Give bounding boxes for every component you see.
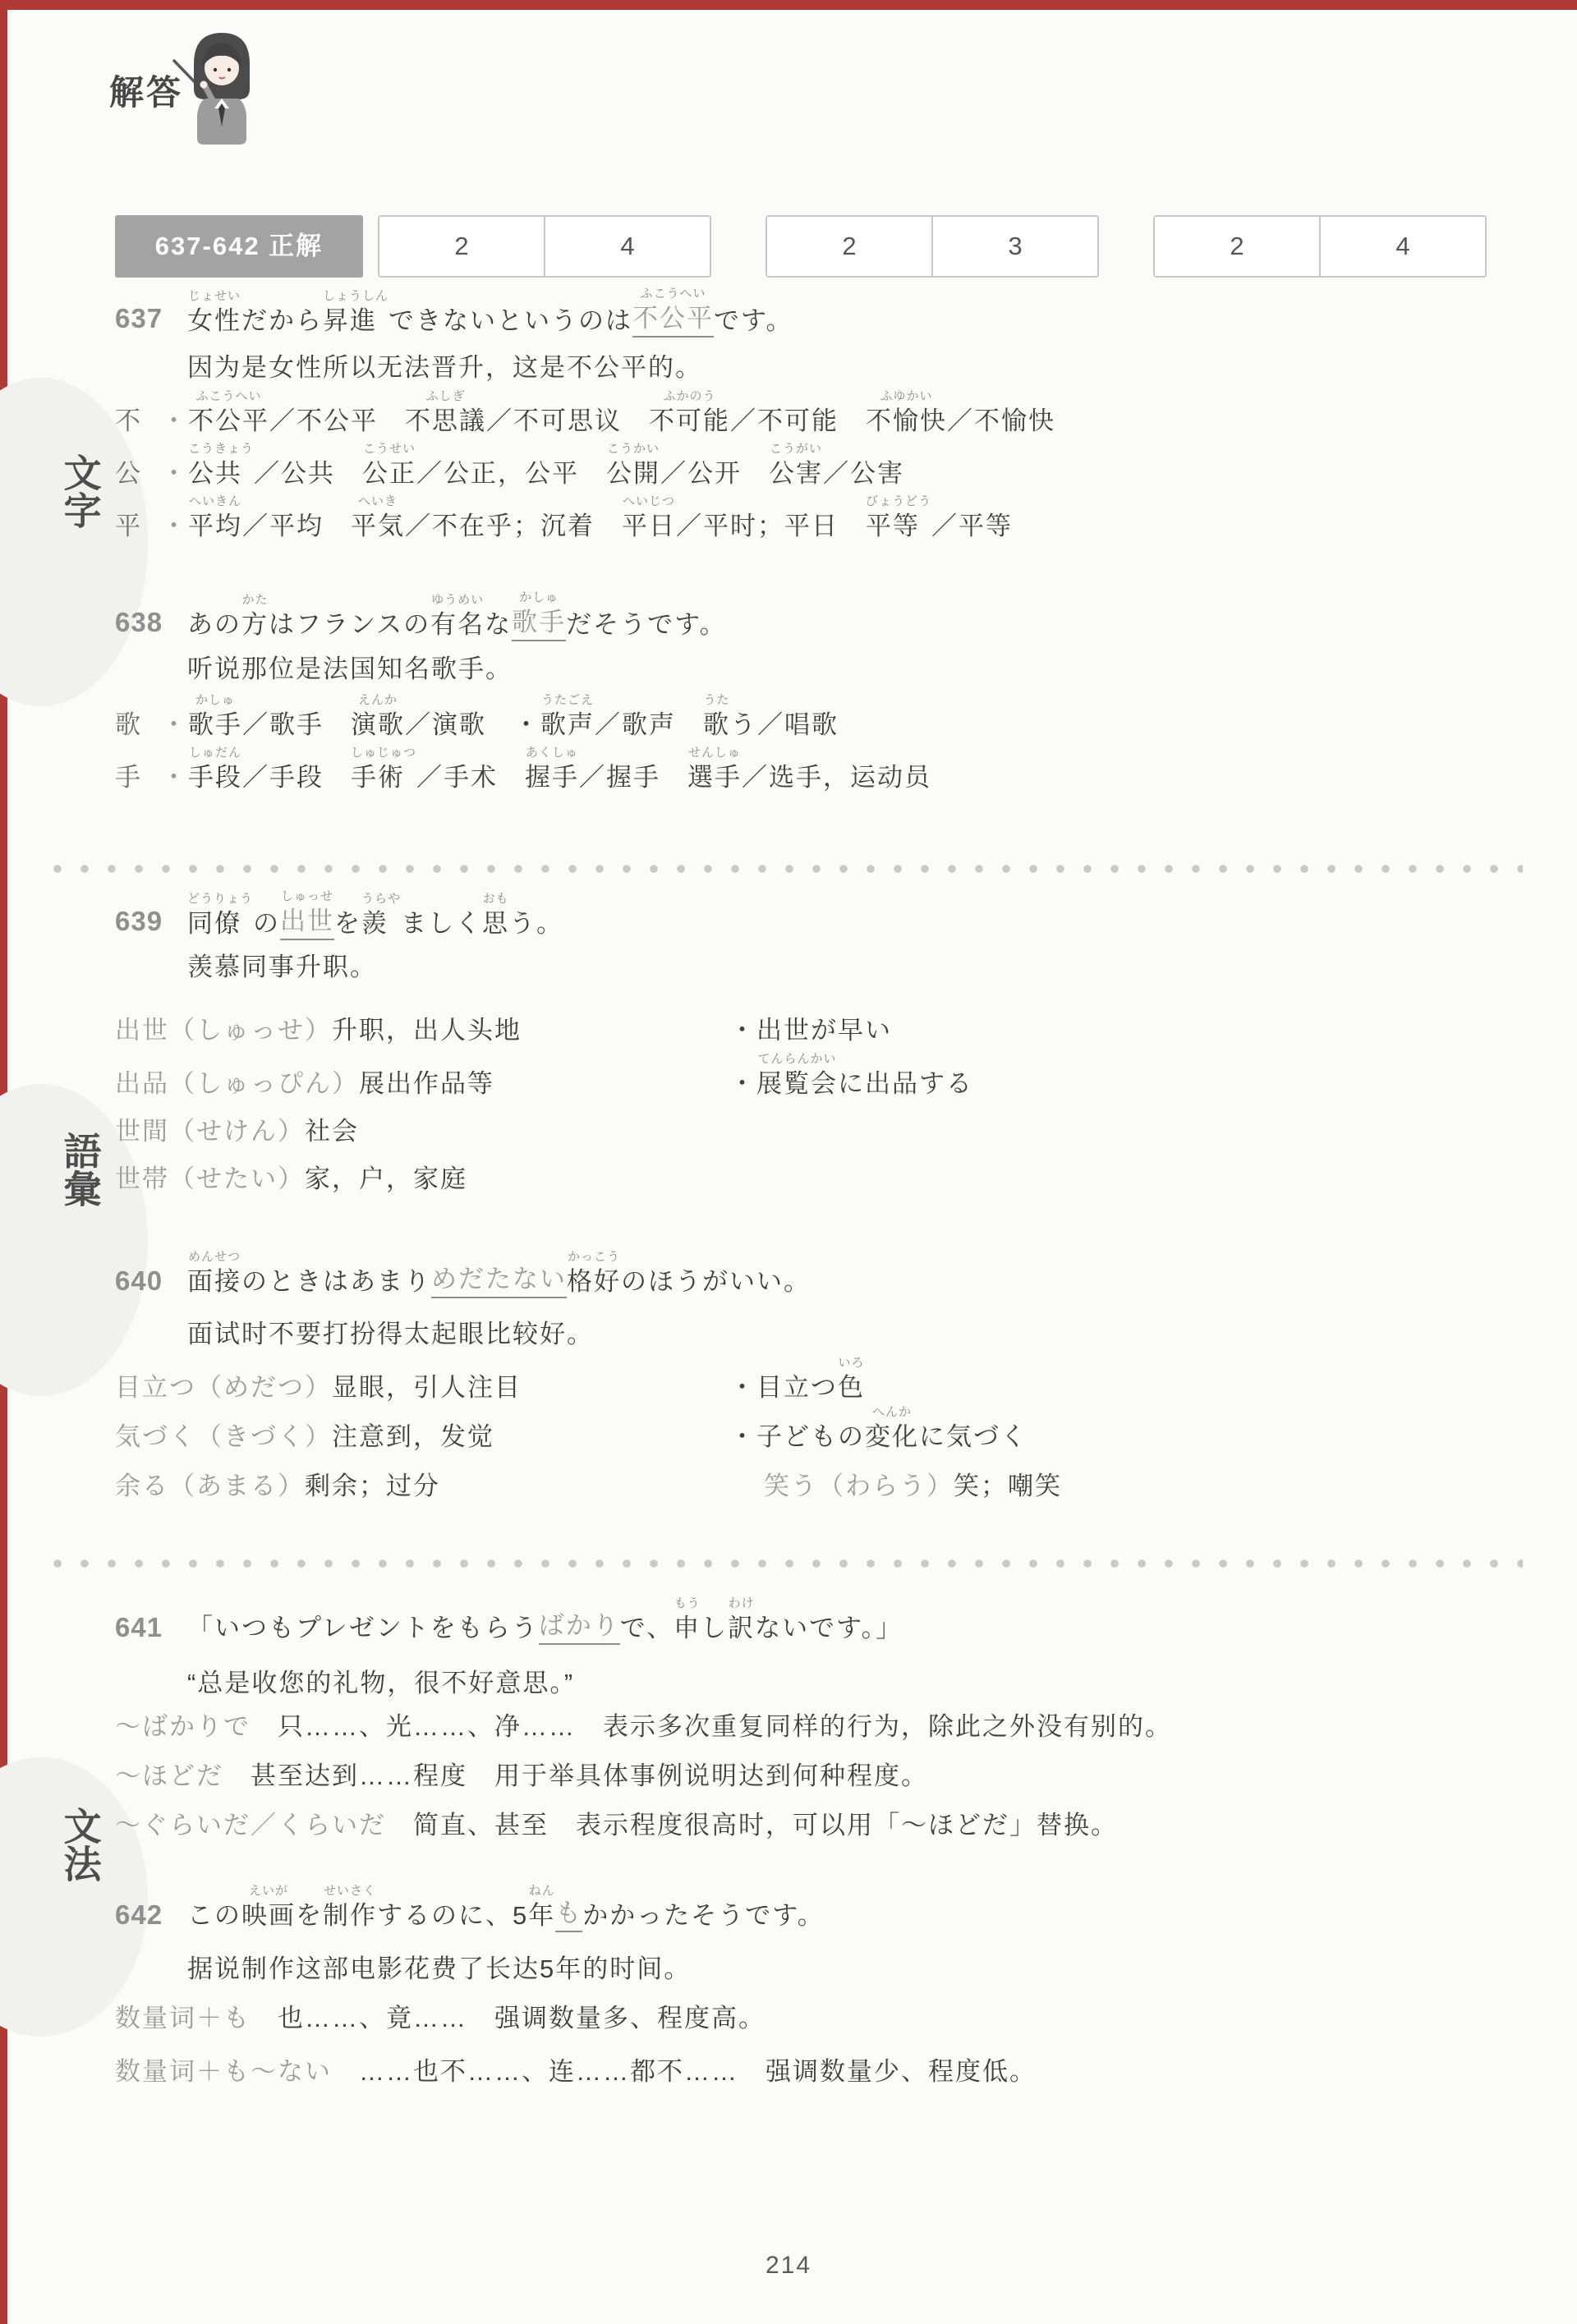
- tab-goi: 語彙: [59, 1132, 101, 1207]
- answer-group-3: 2 4: [1153, 215, 1487, 278]
- question-number: 642: [115, 1899, 163, 1931]
- kanji-row: ・かしゅ歌手 ／歌手 えんか演歌 ／演歌 ・うたごえ歌声 ／歌声 うた歌 う／唱…: [161, 692, 839, 742]
- vocab-right: ・出世が早い: [729, 998, 892, 1047]
- question-number: 640: [115, 1265, 163, 1297]
- grammar-row: 〜ばかりで 只……、光……、净…… 表示多次重复同样的行为，除此之外没有别的。: [115, 1694, 1172, 1743]
- answer-group-2: 2 3: [766, 215, 1099, 278]
- japanese-sentence: めんせつ面接 のときはあまり めだたないかっこう格好 のほうがいい。: [187, 1247, 811, 1298]
- answer-cell: 2: [1155, 217, 1319, 276]
- answer-cell: 4: [1319, 217, 1485, 276]
- kanji-row-head: 平: [115, 510, 142, 543]
- kanji-row-head: 不: [115, 405, 142, 438]
- vocab-right: ・子どものへんか変化 に気づく: [729, 1404, 1028, 1454]
- kanji-row: ・ふこうへい不公平 ／不公平 ふしぎ不思議 ／不可思议 ふかのう不可能 ／不可能…: [161, 388, 1055, 438]
- answer-key-label: 637-642 正解: [115, 215, 363, 278]
- chinese-translation: 听说那位是法国知名歌手。: [187, 653, 513, 686]
- grammar-row: 〜ぐらいだ／くらいだ 简直、甚至 表示程度很高时，可以用「〜ほどだ」替换。: [115, 1793, 1118, 1842]
- japanese-sentence: じょせい女性 だからしょうしん昇進 できないというのはふこうへい不公平 です。: [187, 286, 793, 338]
- tab-bunpou: 文法: [59, 1807, 101, 1882]
- vocab-left: 世間（せけん） 社会: [115, 1099, 359, 1148]
- dotted-divider: [53, 864, 1523, 874]
- japanese-sentence: 「いつもプレゼントをもらう ばかり で、もう申 しわけ訳 ないです。」: [187, 1593, 903, 1645]
- grammar-row: 数量词＋も 也……、竟…… 强调数量多、程度高。: [115, 1986, 766, 2035]
- vocab-left: 目立つ（めだつ） 显眼，引人注目: [115, 1355, 522, 1404]
- question-number: 641: [115, 1611, 163, 1644]
- kanji-row: ・へいきん平均 ／平均 へいき平気 ／不在乎；沉着 へいじつ平日 ／平时；平日 …: [161, 494, 1013, 543]
- chinese-translation: 据说制作这部电影花费了长达5年的时间。: [187, 1953, 691, 1986]
- grammar-row: 数量词＋も〜ない ……也不……、连……都不…… 强调数量少、程度低。: [115, 2039, 1037, 2088]
- grammar-row: 〜ほどだ 甚至达到……程度 用于举具体事例说明达到何种程度。: [115, 1743, 928, 1793]
- answer-cell: 3: [931, 217, 1097, 276]
- vocab-left: 世帯（せたい） 家，户，家庭: [115, 1146, 467, 1196]
- kanji-row-head: 歌: [115, 709, 142, 742]
- tab-moji: 文字: [59, 453, 101, 529]
- dotted-divider: [53, 1559, 1523, 1568]
- chinese-translation: 羡慕同事升职。: [187, 951, 377, 984]
- vocab-left: 出世（しゅっせ） 升职，出人头地: [115, 998, 522, 1047]
- answer-cell: 4: [544, 217, 710, 276]
- vocab-left: 出品（しゅっぴん） 展出作品等: [115, 1051, 494, 1100]
- kanji-row-head: 手: [115, 761, 142, 794]
- kanji-row-head: 公: [115, 457, 142, 490]
- answer-group-1: 2 4: [378, 215, 711, 278]
- question-number: 639: [115, 905, 163, 938]
- kanji-row: ・しゅだん手段 ／手段 しゅじゅつ手術 ／手术 あくしゅ握手 ／握手 せんしゅ選…: [161, 745, 931, 794]
- vocab-left: 余る（あまる） 剩余；过分: [115, 1454, 440, 1503]
- vocab-right: ・目立ついろ色: [729, 1355, 865, 1404]
- teacher-illustration: [163, 23, 269, 158]
- question-number: 637: [115, 302, 163, 335]
- chinese-translation: 面试时不要打扮得太起眼比较好。: [187, 1318, 594, 1351]
- kanji-row: ・こうきょう公共 ／公共 こうせい公正 ／公正，公平 こうかい公開 ／公开 こう…: [161, 441, 904, 490]
- vocab-right: 笑う（わらう） 笑；嘲笑: [764, 1454, 1062, 1503]
- book-edge-top: [0, 0, 1577, 10]
- page: { "page": { "answers_title": "解答", "page…: [0, 0, 1577, 2324]
- answer-cell: 2: [767, 217, 931, 276]
- question-number: 638: [115, 606, 163, 639]
- vocab-right: ・てんらんかい展覧会 に出品する: [729, 1051, 973, 1100]
- answer-cell: 2: [379, 217, 544, 276]
- japanese-sentence: どうりょう同僚 のしゅっせ出世 をうらや羨 ましくおも思 う。: [187, 889, 563, 940]
- page-number: 214: [0, 2252, 1577, 2280]
- vocab-left: 気づく（きづく） 注意到，发觉: [115, 1404, 494, 1454]
- japanese-sentence: あのかた方 はフランスのゆうめい有名 なかしゅ歌手 だそうです。: [187, 590, 727, 641]
- japanese-sentence: このえいが映画 をせいさく制作 するのに、5ねん年 も かかったそうです。: [187, 1881, 825, 1932]
- chinese-translation: 因为是女性所以无法晋升，这是不公平的。: [187, 351, 702, 384]
